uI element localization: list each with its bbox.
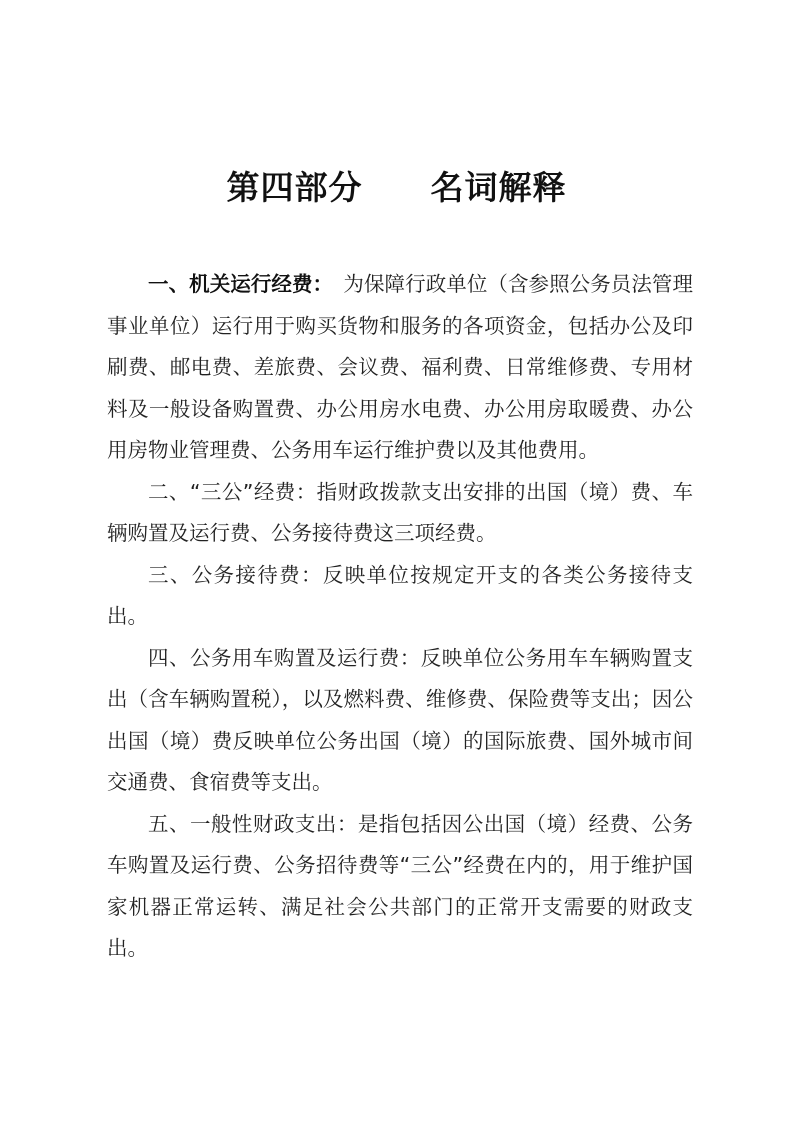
paragraph-general-fiscal-expenditure: 五、一般性财政支出：是指包括因公出国（境）经费、公务车购置及运行费、公务招待费等…	[107, 804, 693, 970]
paragraph-official-vehicles: 四、公务用车购置及运行费：反映单位公务用车车辆购置支出（含车辆购置税），以及燃料…	[107, 638, 693, 804]
page-title: 第四部分 名词解释	[0, 162, 793, 209]
term-label: 四、公务用车购置及运行费：	[148, 646, 421, 670]
document-body: 一、机关运行经费： 为保障行政单位（含参照公务员法管理事业单位）运行用于购买货物…	[107, 264, 693, 970]
paragraph-agency-operating-expenses: 一、机关运行经费： 为保障行政单位（含参照公务员法管理事业单位）运行用于购买货物…	[107, 264, 693, 472]
document-page: 第四部分 名词解释 一、机关运行经费： 为保障行政单位（含参照公务员法管理事业单…	[0, 0, 793, 1122]
term-label: 五、一般性财政支出：	[148, 812, 358, 836]
paragraph-official-reception: 三、公务接待费：反映单位按规定开支的各类公务接待支出。	[107, 555, 693, 638]
term-label: 三、公务接待费：	[148, 563, 323, 587]
term-label: 一、机关运行经费：	[148, 272, 323, 296]
paragraph-three-public-expenses: 二、“三公”经费：指财政拨款支出安排的出国（境）费、车辆购置及运行费、公务接待费…	[107, 472, 693, 555]
term-definition: 为保障行政单位（含参照公务员法管理事业单位）运行用于购买货物和服务的各项资金，包…	[107, 272, 693, 462]
term-label: 二、“三公”经费：	[148, 480, 317, 504]
